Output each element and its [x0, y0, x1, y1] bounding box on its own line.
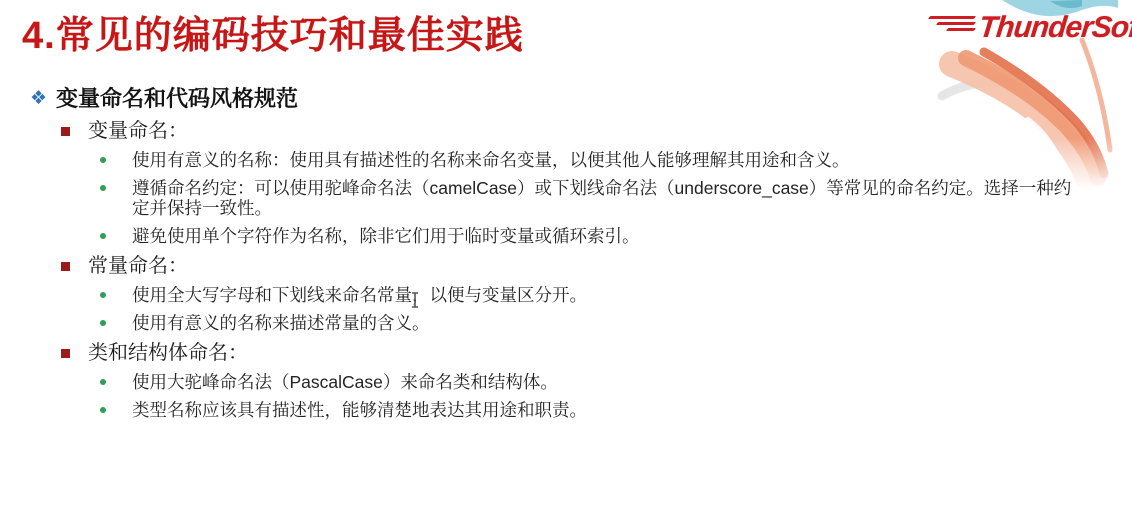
list-item: 使用全大写字母和下划线来命名常量，以便与变量区分开。 — [100, 285, 1090, 305]
group-heading-label: 变量命名： — [88, 119, 188, 143]
list-item: 使用大驼峰命名法（PascalCase）来命名类和结构体。 — [100, 372, 1090, 392]
group-heading-label: 类和结构体命名： — [88, 341, 248, 365]
dot-bullet-icon — [100, 407, 106, 413]
dot-bullet-icon — [100, 292, 106, 298]
section-title: 变量命名和代码风格规范 — [56, 86, 298, 112]
group-heading-label: 常量命名： — [88, 254, 188, 278]
dot-bullet-icon — [100, 379, 106, 385]
speed-lines-icon — [929, 16, 975, 34]
page-title: 4.常见的编码技巧和最佳实践 — [22, 4, 524, 59]
list-item: 使用有意义的名称：使用具有描述性的名称来命名变量，以便其他人能够理解其用途和含义… — [100, 150, 1090, 170]
list-item: 避免使用单个字符作为名称，除非它们用于临时变量或循环索引。 — [100, 226, 1090, 246]
list-item-text: 遵循命名约定：可以使用驼峰命名法（camelCase）或下划线命名法（under… — [132, 178, 1082, 218]
group-heading: 类和结构体命名： — [61, 341, 1132, 365]
section-heading-row: ❖ 变量命名和代码风格规范 — [30, 86, 1132, 112]
list-item: 使用有意义的名称来描述常量的含义。 — [100, 313, 1090, 333]
list-item-text: 使用有意义的名称来描述常量的含义。 — [132, 313, 430, 333]
logo-text: ThunderSoft — [977, 13, 1132, 43]
list-item-text: 使用有意义的名称：使用具有描述性的名称来命名变量，以便其他人能够理解其用途和含义… — [132, 150, 850, 170]
dot-bullet-icon — [100, 233, 106, 239]
list-item-text: 类型名称应该具有描述性，能够清楚地表达其用途和职责。 — [132, 400, 587, 420]
dot-bullet-icon — [100, 157, 106, 163]
list-item-text: 使用全大写字母和下划线来命名常量，以便与变量区分开。 — [132, 285, 587, 305]
thundersoft-logo: ThunderSoft — [929, 13, 1132, 43]
dot-bullet-icon — [100, 320, 106, 326]
square-bullet-icon — [61, 127, 70, 136]
list-item: 类型名称应该具有描述性，能够清楚地表达其用途和职责。 — [100, 400, 1090, 420]
list-item: 遵循命名约定：可以使用驼峰命名法（camelCase）或下划线命名法（under… — [100, 178, 1090, 218]
list-item-text: 使用大驼峰命名法（PascalCase）来命名类和结构体。 — [132, 372, 558, 392]
dot-bullet-icon — [100, 185, 106, 191]
square-bullet-icon — [61, 349, 70, 358]
diamond-bullet-icon: ❖ — [30, 86, 56, 112]
slide-body: ❖ 变量命名和代码风格规范 变量命名： 使用有意义的名称：使用具有描述性的名称来… — [0, 86, 1132, 428]
square-bullet-icon — [61, 262, 70, 271]
text-cursor-icon — [410, 292, 420, 308]
group-heading: 变量命名： — [61, 119, 1132, 143]
group-heading: 常量命名： — [61, 254, 1132, 278]
list-item-text: 避免使用单个字符作为名称，除非它们用于临时变量或循环索引。 — [132, 226, 640, 246]
slide-canvas: 4.常见的编码技巧和最佳实践 ThunderSoft ❖ 变量命名和代码风格规范… — [0, 0, 1132, 514]
